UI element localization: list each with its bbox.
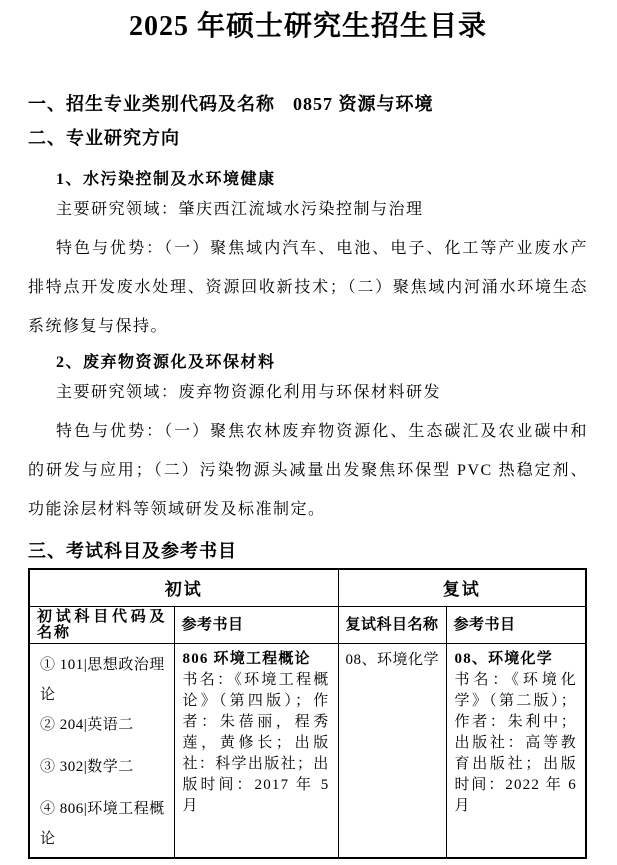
table-group-header-row: 初试 复试 [29,569,586,606]
group-header-initial-exam: 初试 [29,569,338,606]
initial-reference-cell: 806 环境工程概论 书名：《环境工程概论》（第四版）；作者：朱蓓丽，程秀莲，黄… [174,643,338,858]
direction-2-field: 主要研究领域：废弃物资源化利用与环保材料研发 [28,373,588,412]
admission-category-code: 0857 资源与环境 [293,94,434,114]
retest-subject-cell: 08、环境化学 [338,643,446,858]
subject-item-math: ③ 302|数学二 [40,752,166,782]
subject-item-env-engineering: ④ 806|环境工程概论 [40,794,166,854]
column-header-retest-references: 参考书目 [446,606,586,643]
initial-reference-title: 806 环境工程概论 [183,649,330,670]
heading-admission-category-label: 一、招生专业类别代码及名称 [28,94,275,114]
subject-item-politics: ① 101|思想政治理论 [40,650,166,710]
group-header-retest-exam: 复试 [338,569,586,606]
retest-reference-title: 08、环境化学 [455,649,578,670]
column-header-retest-subject: 复试科目名称 [338,606,446,643]
direction-1-features: 特色与优势：（一）聚焦域内汽车、电池、电子、化工等产业废水产排特点开发废水处理、… [28,229,588,346]
direction-1-title: 1、水污染控制及水环境健康 [56,170,588,190]
subject-item-english: ② 204|英语二 [40,710,166,740]
column-header-initial-subject-codes: 初试科目代码及名称 [29,606,174,643]
table-body-row: ① 101|思想政治理论 ② 204|英语二 ③ 302|数学二 ④ 806|环… [29,643,586,858]
retest-reference-detail: 书名：《环境化学》（第二版）；作者：朱利中；出版社：高等教育出版社；出版时间：2… [455,670,578,817]
table-column-header-row: 初试科目代码及名称 参考书目 复试科目名称 参考书目 [29,606,586,643]
document-page: 2025 年硕士研究生招生目录 一、招生专业类别代码及名称0857 资源与环境 … [0,0,617,865]
direction-2-title: 2、废弃物资源化及环保材料 [56,353,588,373]
exam-subjects-table: 初试 复试 初试科目代码及名称 参考书目 复试科目名称 参考书目 ① 101|思… [28,568,587,859]
retest-reference-cell: 08、环境化学 书名：《环境化学》（第二版）；作者：朱利中；出版社：高等教育出版… [446,643,586,858]
column-header-initial-references: 参考书目 [174,606,338,643]
heading-admission-category: 一、招生专业类别代码及名称0857 资源与环境 [28,93,588,115]
heading-exam-subjects: 三、考试科目及参考书目 [28,540,588,562]
heading-research-directions: 二、专业研究方向 [28,127,588,149]
direction-2-features: 特色与优势：（一）聚焦农林废弃物资源化、生态碳汇及农业碳中和的研发与应用；（二）… [28,412,588,529]
initial-subjects-cell: ① 101|思想政治理论 ② 204|英语二 ③ 302|数学二 ④ 806|环… [29,643,174,858]
direction-1-field: 主要研究领域：肇庆西江流域水污染控制与治理 [28,190,588,229]
page-title: 2025 年硕士研究生招生目录 [28,6,588,48]
initial-reference-detail: 书名：《环境工程概论》（第四版）；作者：朱蓓丽，程秀莲，黄修长；出版社：科学出版… [183,670,330,817]
